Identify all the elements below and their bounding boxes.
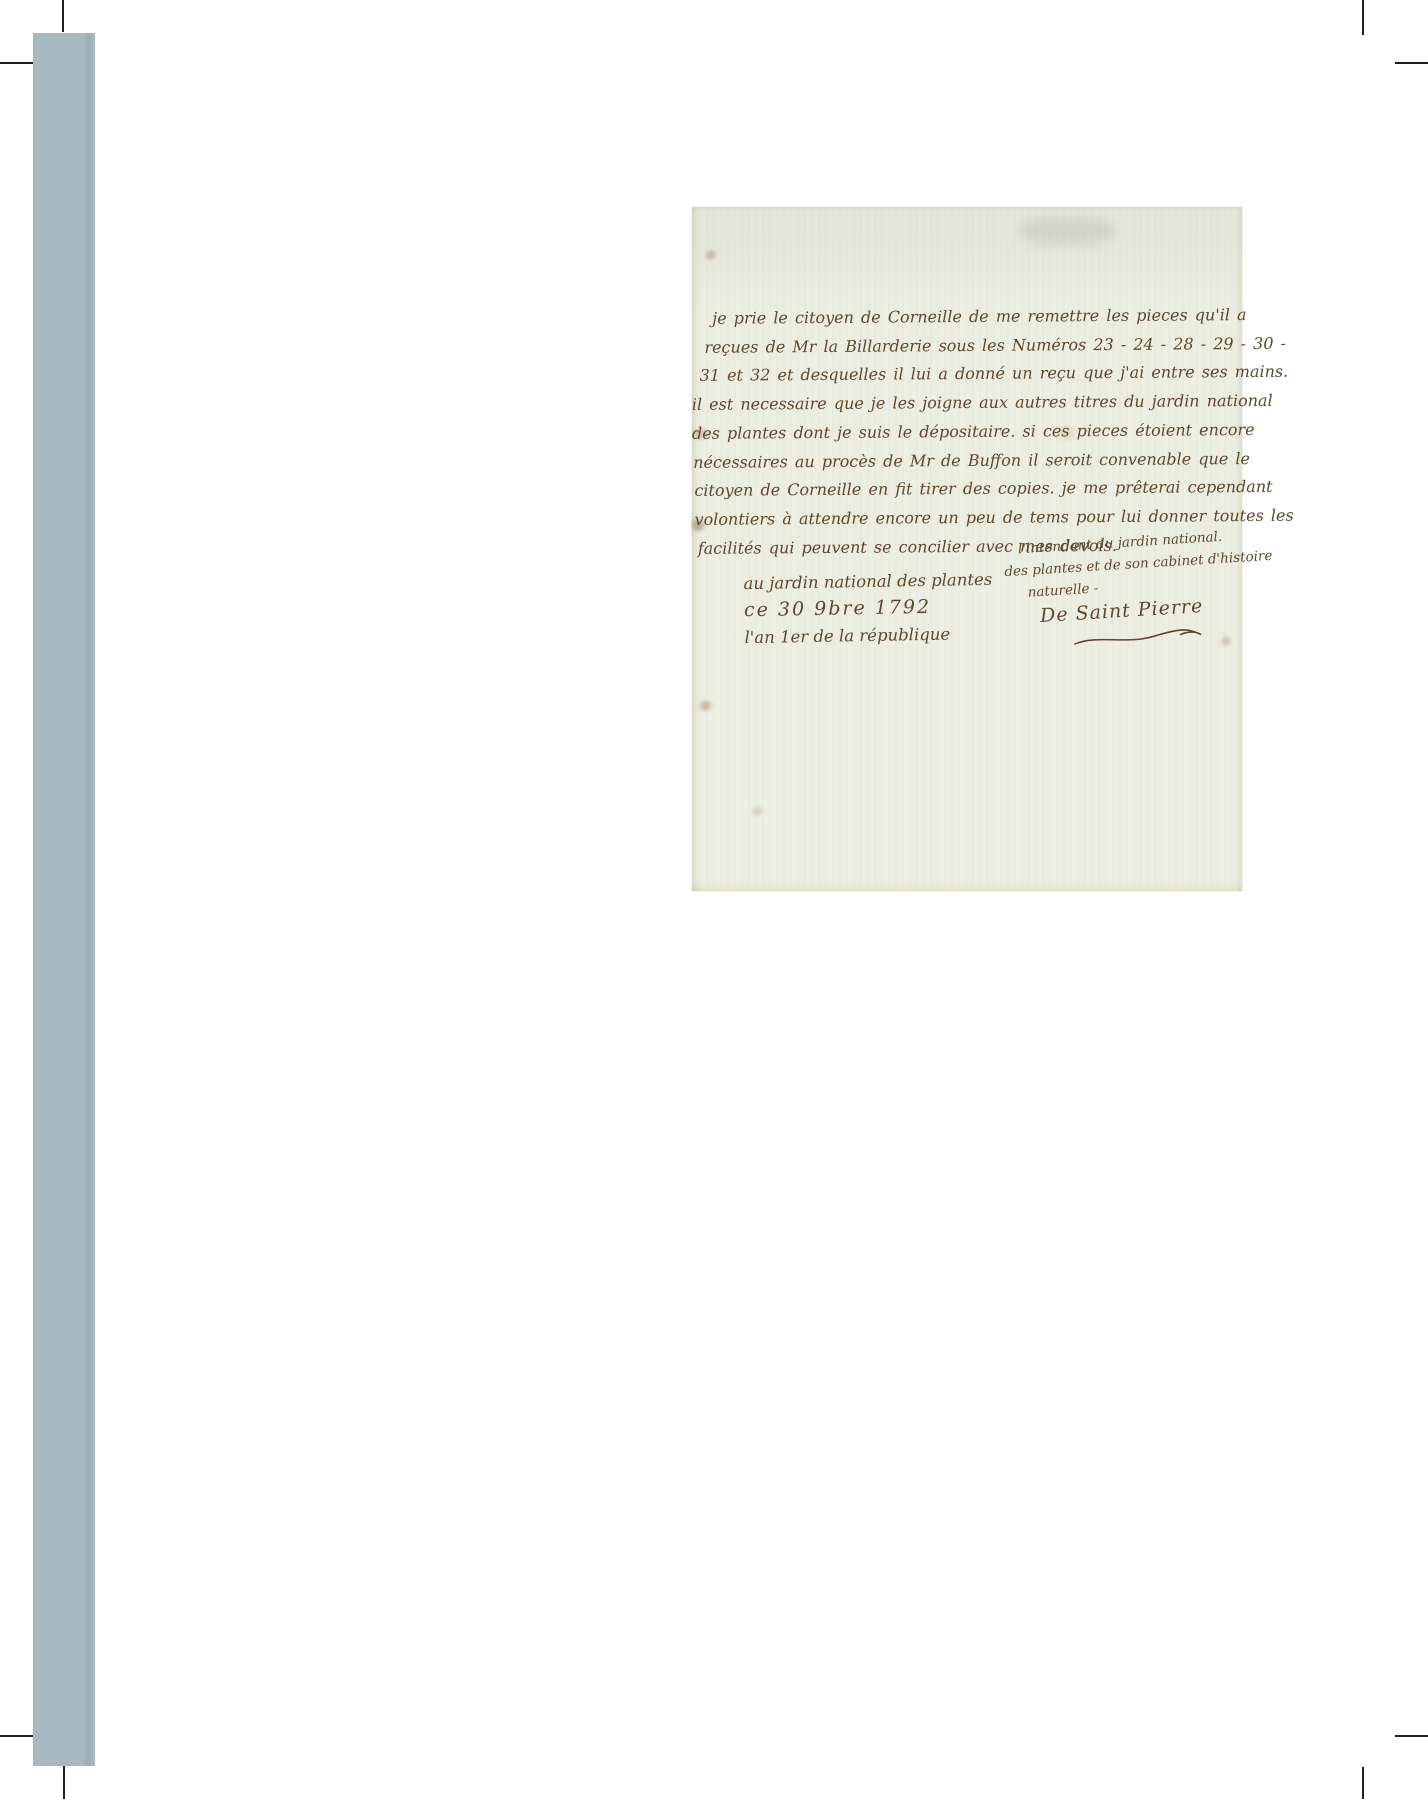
dateline-place: au jardin national des plantes	[743, 566, 992, 597]
crop-mark-bottom-right-vertical	[1362, 1767, 1364, 1799]
letter-signature-block: l'intendant du jardin national. des plan…	[1002, 525, 1247, 631]
letter-line: nécessaires au procès de Mr de Buffon il…	[693, 445, 1240, 478]
paper-stain	[700, 701, 711, 710]
dateline-era: l'an 1er de la république	[744, 620, 993, 651]
letter-line: je prie le citoyen de Corneille de me re…	[712, 301, 1239, 333]
paper-stain	[752, 807, 762, 815]
left-accent-bar	[33, 33, 95, 1766]
letter-dateline: au jardin national des plantes ce 30 9br…	[743, 566, 993, 651]
letter-line: 31 et 32 et desquelles il lui a donné un…	[700, 358, 1240, 390]
paper-smudge	[1020, 217, 1115, 245]
crop-mark-bottom-right-horizontal	[1395, 1735, 1428, 1737]
letter-line: des plantes dont je suis le dépositaire.…	[692, 416, 1240, 449]
manuscript-scan: je prie le citoyen de Corneille de me re…	[692, 207, 1242, 891]
crop-mark-top-left-horizontal	[0, 62, 33, 64]
paper-stain	[1222, 637, 1230, 645]
crop-mark-top-right-horizontal	[1395, 62, 1428, 64]
crop-mark-bottom-left-vertical	[63, 1766, 65, 1799]
crop-mark-bottom-left-horizontal	[0, 1735, 33, 1737]
page: je prie le citoyen de Corneille de me re…	[0, 0, 1428, 1799]
letter-body: je prie le citoyen de Corneille de me re…	[691, 301, 1241, 563]
letter-line: reçues de Mr la Billarderie sous les Num…	[704, 330, 1239, 362]
signature-flourish	[1070, 624, 1205, 650]
crop-mark-top-left-vertical	[62, 0, 64, 32]
dateline-date: ce 30 9bre 1792	[744, 593, 993, 624]
letter-line: il est necessaire que je les joigne aux …	[692, 387, 1240, 420]
paper-stain	[706, 251, 716, 259]
letter-line: citoyen de Corneille en fit tirer des co…	[694, 473, 1240, 506]
crop-mark-top-right-vertical	[1362, 0, 1364, 35]
